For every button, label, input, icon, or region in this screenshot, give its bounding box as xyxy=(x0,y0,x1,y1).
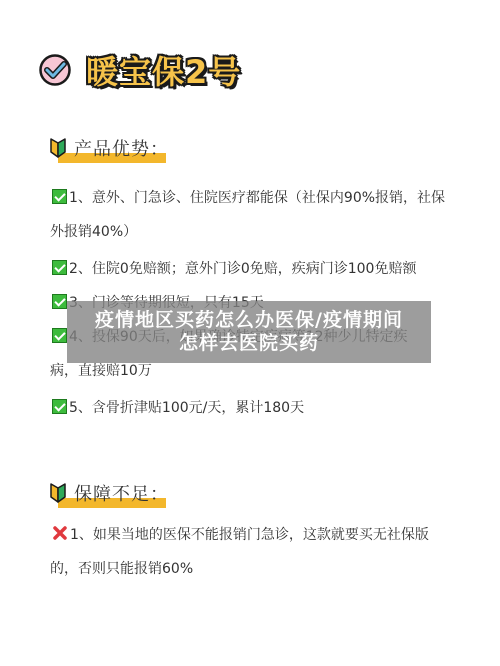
item-text: 1、如果当地的医保不能报销门急诊，这款就要买无社保版 xyxy=(70,527,429,543)
item-text-continued: 病，直接赔10万 xyxy=(50,363,152,379)
section-heading-shortcomings: 保障不足： xyxy=(50,478,169,508)
page-title: 暖宝保2号 xyxy=(86,47,241,93)
beginner-shield-icon xyxy=(50,138,66,158)
list-item: 1、如果当地的医保不能报销门急诊，这款就要买无社保版 的，否则只能报销60% xyxy=(52,518,452,586)
green-check-icon xyxy=(52,294,67,309)
green-check-icon xyxy=(52,260,67,275)
list-item: 2、住院0免赔额；意外门诊0免赔，疾病门诊100免赔额 xyxy=(52,252,452,286)
list-item: 1、意外、门急诊、住院医疗都能保（社保内90%报销，社保 外报销40%） xyxy=(52,181,452,249)
overlay-title-line-1: 疫情地区买药怎么办医保/疫情期间 xyxy=(95,309,403,332)
item-text: 5、含骨折津贴100元/天，累计180天 xyxy=(69,400,304,416)
green-check-icon xyxy=(52,189,67,204)
red-cross-icon xyxy=(52,525,68,541)
overlay-title-banner: 疫情地区买药怎么办医保/疫情期间 怎样去医院买药 xyxy=(67,301,431,363)
pink-circle-check-icon xyxy=(38,53,72,87)
section-heading-label: 保障不足： xyxy=(74,480,169,506)
beginner-shield-icon xyxy=(50,483,66,503)
green-check-icon xyxy=(52,328,67,343)
title-row: 暖宝保2号 xyxy=(38,50,241,90)
section-heading-advantages: 产品优势： xyxy=(50,133,169,163)
overlay-title-line-2: 怎样去医院买药 xyxy=(179,332,319,355)
section-heading-label: 产品优势： xyxy=(74,135,169,161)
item-text-continued: 的，否则只能报销60% xyxy=(50,561,193,577)
item-text-continued: 外报销40%） xyxy=(50,224,137,240)
item-text: 2、住院0免赔额；意外门诊0免赔，疾病门诊100免赔额 xyxy=(69,261,416,277)
list-item: 5、含骨折津贴100元/天，累计180天 xyxy=(52,391,452,425)
item-text: 1、意外、门急诊、住院医疗都能保（社保内90%报销，社保 xyxy=(69,190,445,206)
green-check-icon xyxy=(52,399,67,414)
